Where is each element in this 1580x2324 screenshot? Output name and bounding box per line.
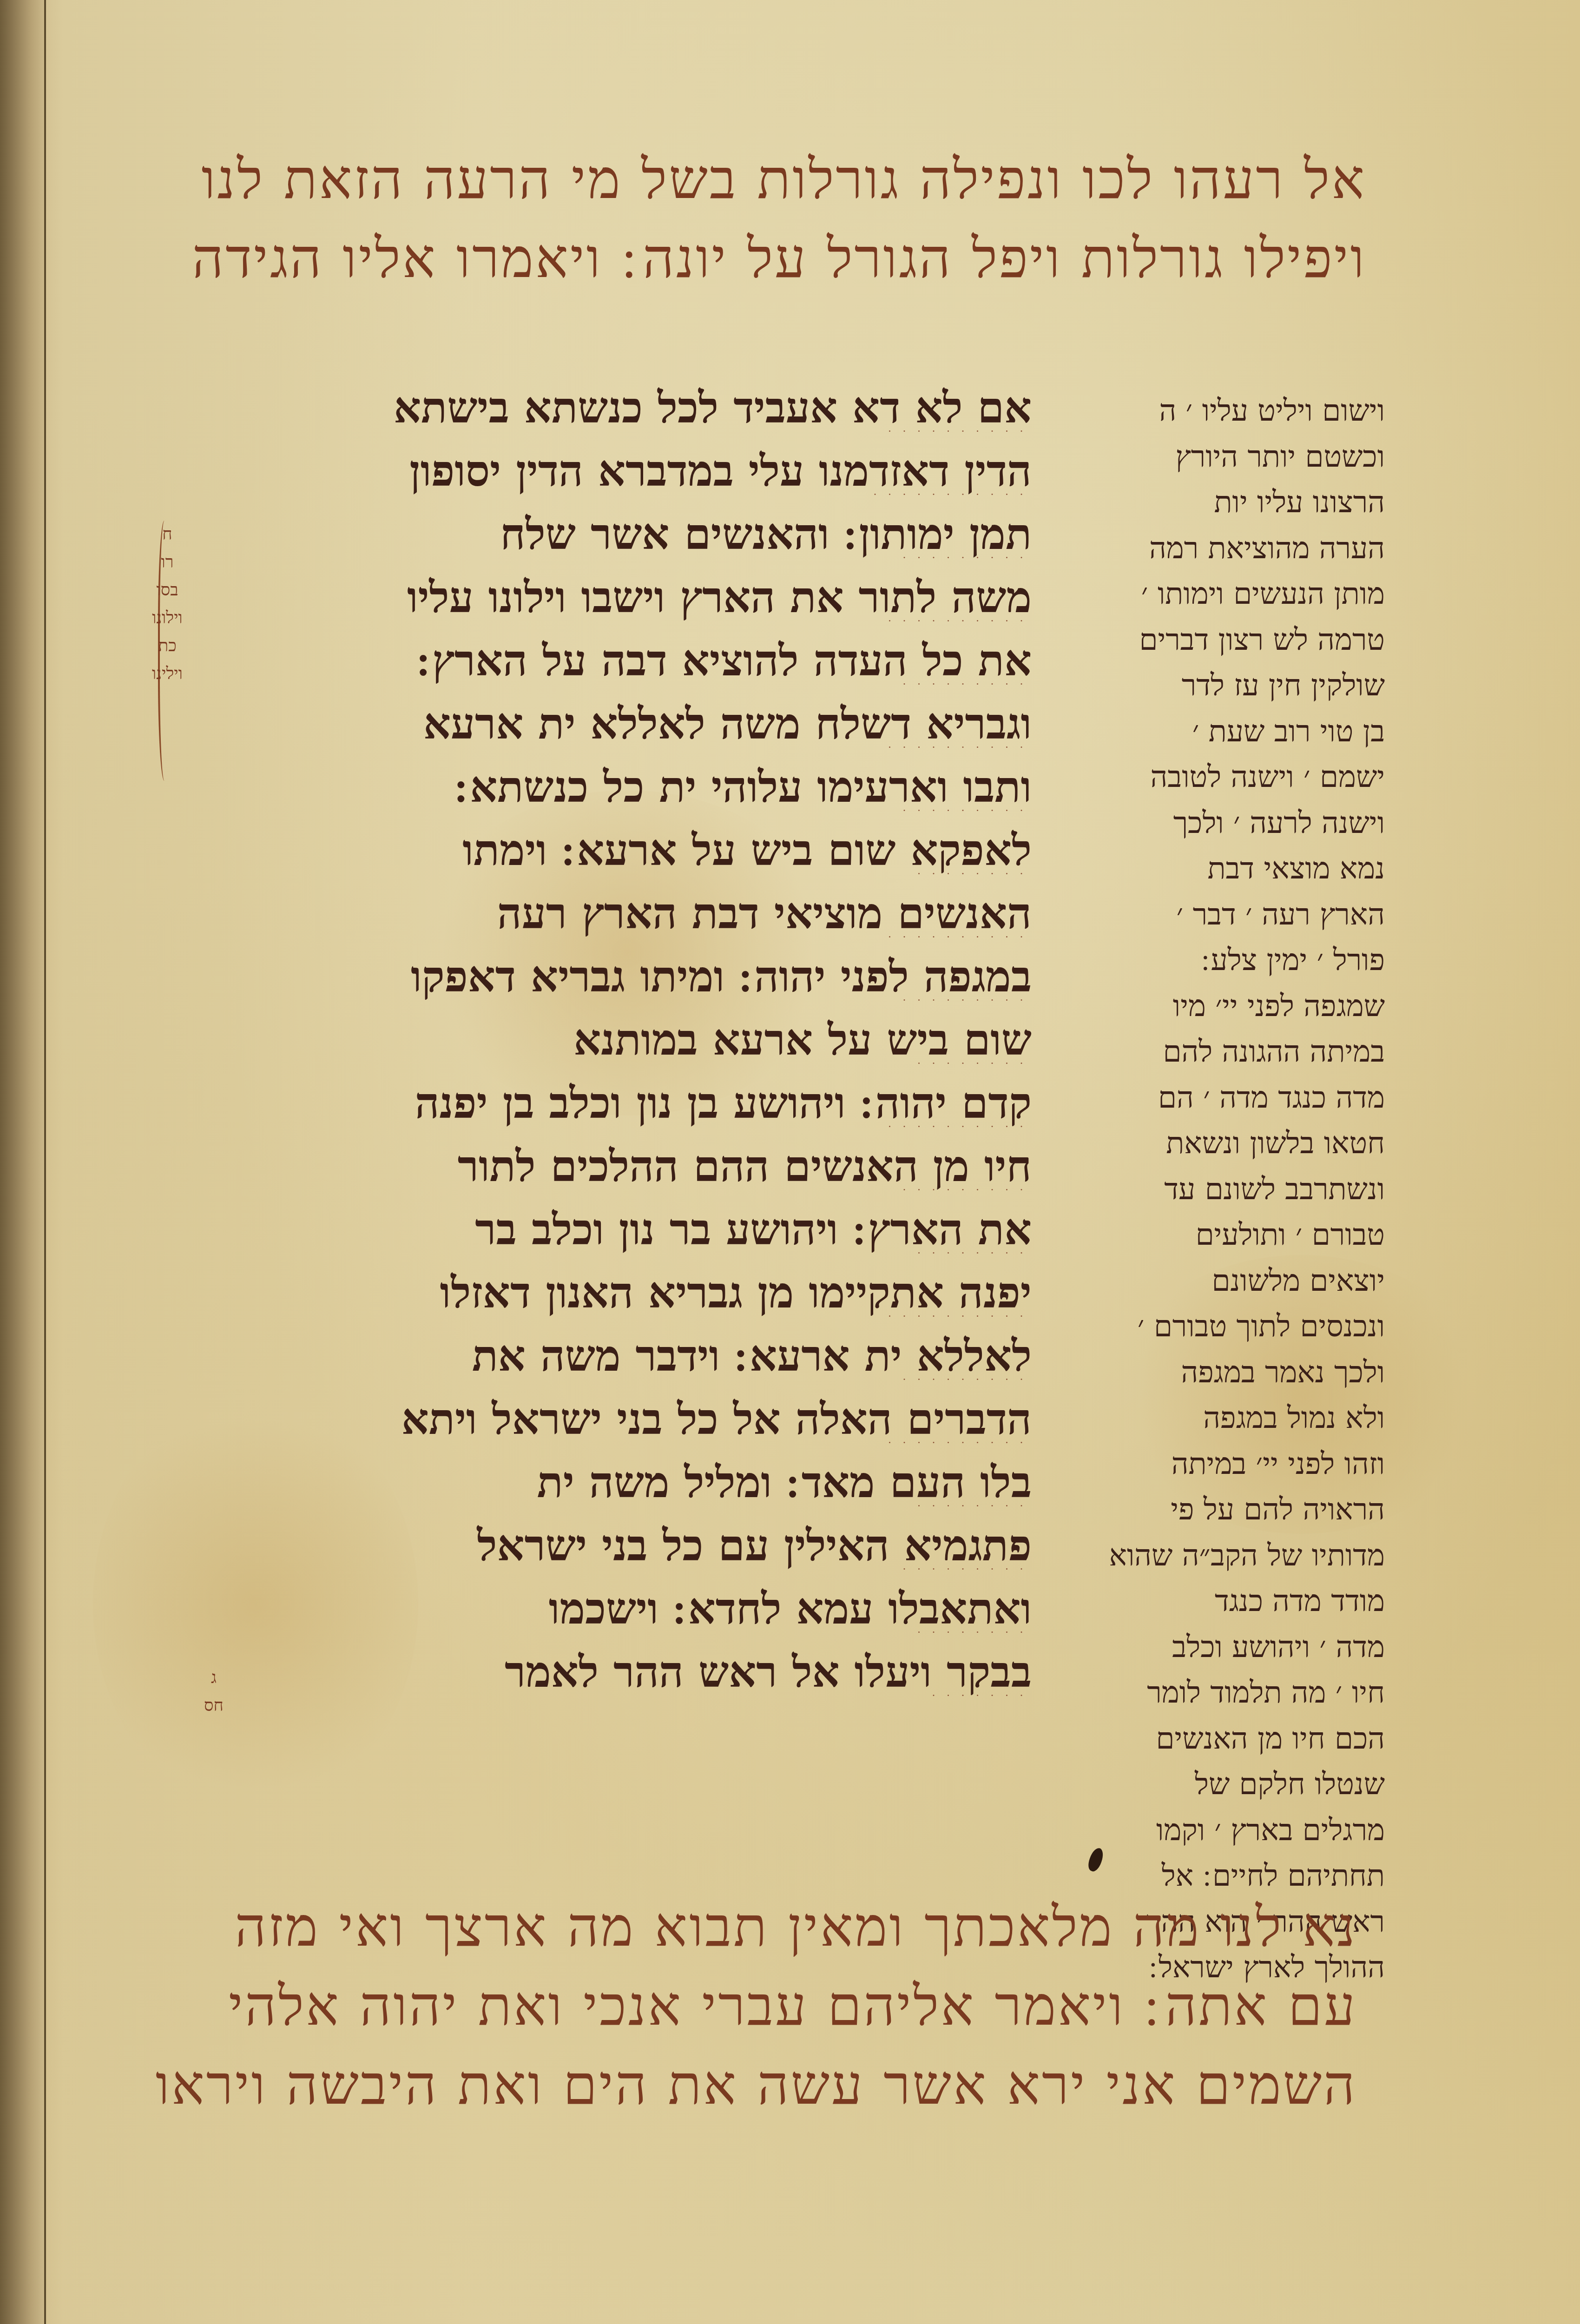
text-line: פתגמיא האילין עם כל בני ישראל [242, 1524, 1032, 1567]
text-line: שום ביש על ארעא במותנא [242, 1018, 1032, 1062]
text-line: בלו העם מאד ׃ ומליל משה ית [242, 1460, 1032, 1504]
vocalization-marks: ׄ ׄ ׄ ׄ ׄ ׄ ׄ ׄ [242, 1062, 1032, 1081]
commentary-line: חיו ׳ מה תלמוד לומר [1083, 1670, 1385, 1716]
main-text-column: אם לא דא אעביד לכל כנשתא בישתא ׄ ׄ ׄ ׄ ׄ… [242, 386, 1032, 1713]
text-line: לאפקא שום ביש על ארעא ׃ וימתו [242, 828, 1032, 872]
haftarah-line: ויפילו גורלות ויפל הגורל על יונה ׃ ויאמר… [260, 218, 1366, 297]
vocalization-marks: ׄ ׄ ׄ ׄ ׄ ׄ ׄ ׄ ׄ ׄ [242, 429, 1032, 449]
commentary-line: שולקין חין עז לדר [1083, 663, 1385, 709]
commentary-line: הארץ רעה ׳ דבר ׳ [1083, 892, 1385, 938]
vocalization-marks: ׄ ׄ ׄ ׄ ׄ ׄ ׄ ׄ ׄ [242, 998, 1032, 1018]
commentary-line: הערה מהוציאת רמה [1083, 526, 1385, 572]
commentary-line: ולכך נאמר במגפה [1083, 1350, 1385, 1396]
haftarah-bottom-block: נא לנו מה מלאכתך ומאין תבוא מה ארצך ואי … [204, 1887, 1357, 2124]
commentary-line: בן טוי רוב שעת ׳ [1083, 709, 1385, 755]
commentary-line: ולא נמול במגפה [1083, 1395, 1385, 1441]
margin-note: וילונו [116, 604, 218, 632]
haftarah-top-block: אל רעהו לכו ונפילה גורלות בשל מי הרעה הז… [260, 139, 1366, 297]
text-line: האנשים מוציאי דבת הארץ רעה [242, 891, 1032, 935]
text-line: לאללא ית ארעא ׃ וידבר משה את [242, 1334, 1032, 1378]
commentary-line: נמא מוצאי דבת [1083, 846, 1385, 892]
haftarah-line: אל רעהו לכו ונפילה גורלות בשל מי הרעה הז… [260, 139, 1366, 218]
margin-note: כת [116, 632, 218, 660]
vocalization-marks: ׄ ׄ ׄ ׄ ׄ ׄ ׄ ׄ ׄ ׄ [242, 746, 1032, 765]
text-line: קדם יהוה ׃ ויהושע בן נון וכלב בן יפנה [242, 1081, 1032, 1125]
commentary-line: ישמם ׳ וישנה לטובה [1083, 754, 1385, 800]
commentary-line: מדותיו של הקב״ה שהוא [1083, 1533, 1385, 1579]
vocalization-marks: ׄ ׄ ׄ ׄ ׄ ׄ ׄ ׄ ׄ [242, 556, 1032, 575]
commentary-line: וישנה לרעה ׳ ולכך [1083, 800, 1385, 846]
vocalization-marks: ׄ ׄ ׄ ׄ ׄ ׄ ׄ ׄ ׄ ׄ [242, 1441, 1032, 1460]
vocalization-marks: ׄ ׄ ׄ ׄ ׄ ׄ ׄ ׄ [242, 1631, 1032, 1650]
vocalization-marks: ׄ ׄ ׄ ׄ ׄ ׄ ׄ ׄ [242, 1251, 1032, 1271]
text-line: את כל העדה להוציא דבה על הארץ ׃ [242, 639, 1032, 682]
vocalization-marks: ׄ ׄ ׄ ׄ ׄ ׄ ׄ ׄ ׄ ׄ ׄ [242, 493, 1032, 512]
commentary-line: חטאו בלשון ונשאת [1083, 1121, 1385, 1167]
commentary-line: הראויה להם על פי [1083, 1487, 1385, 1533]
masora-margin-notes-lower: ג חס [186, 1664, 242, 1720]
margin-note: בסו [116, 576, 218, 604]
margin-note: ח [116, 521, 218, 548]
vocalization-marks: ׄ ׄ ׄ ׄ ׄ ׄ ׄ ׄ ׄ [242, 809, 1032, 828]
text-line: הדברים האלה אל כל בני ישראל ויתא [242, 1397, 1032, 1441]
vocalization-marks: ׄ ׄ ׄ ׄ ׄ ׄ ׄ ׄ ׄ ׄ [242, 1125, 1032, 1144]
commentary-line: ונשתרבב לשונם עד [1083, 1167, 1385, 1213]
commentary-line: הרצונו עליו יות [1083, 480, 1385, 526]
text-line: ותבו וארעימו עלוהי ית כל כנשתא ׃ [242, 765, 1032, 809]
masora-margin-notes: ח רו בסו וילונו כת וילינו [116, 521, 218, 688]
commentary-column: וישום ויליט עליו ׳ ה וכשטם יותר היורץ הר… [1083, 388, 1385, 1991]
haftarah-line: עם אתה ׃ ויאמר אליהם עברי אנכי ואת יהוה … [204, 1966, 1357, 2045]
haftarah-line: נא לנו מה מלאכתך ומאין תבוא מה ארצך ואי … [204, 1887, 1357, 1966]
commentary-line: וישום ויליט עליו ׳ ה [1083, 388, 1385, 434]
text-line: את הארץ ׃ ויהושע בר נון וכלב בר [242, 1208, 1032, 1251]
margin-note: חס [186, 1692, 242, 1720]
commentary-line: שנטלו חלקם של [1083, 1762, 1385, 1808]
text-line: בבקר ויעלו אל ראש ההר לאמר [242, 1650, 1032, 1694]
vocalization-marks: ׄ ׄ ׄ ׄ ׄ ׄ ׄ ׄ ׄ [242, 1567, 1032, 1587]
vocalization-marks: ׄ ׄ ׄ ׄ ׄ ׄ ׄ ׄ ׄ [242, 1378, 1032, 1397]
commentary-line: מדה ׳ ויהושע וכלב [1083, 1624, 1385, 1670]
commentary-line: וכשטם יותר היורץ [1083, 434, 1385, 480]
commentary-line: פורל ׳ ימין צלע ׃ [1083, 938, 1385, 984]
margin-note: רו [116, 548, 218, 576]
margin-note: ג [186, 1664, 242, 1692]
vocalization-marks: ׄ ׄ ׄ ׄ ׄ ׄ ׄ ׄ ׄ [242, 682, 1032, 702]
vocalization-marks: ׄ ׄ ׄ ׄ ׄ ׄ ׄ ׄ ׄ ׄ [242, 935, 1032, 955]
commentary-line: מותן הנעשים וימותו ׳ [1083, 571, 1385, 617]
commentary-line: מודד מדה כנגד [1083, 1578, 1385, 1624]
text-line: ואתאבלו עמא לחדא ׃ וישכמו [242, 1587, 1032, 1631]
commentary-line: הכם חיו מן האנשים [1083, 1716, 1385, 1762]
text-line: אם לא דא אעביד לכל כנשתא בישתא [242, 386, 1032, 429]
commentary-line: מרגלים בארץ ׳ וקמו [1083, 1808, 1385, 1854]
commentary-line: טבורם ׳ ותולעים [1083, 1212, 1385, 1258]
text-line: תמן ימותון ׃ והאנשים אשר שלח [242, 512, 1032, 556]
margin-note: וילינו [116, 660, 218, 688]
commentary-line: ונכנסים לתוך טבורם ׳ [1083, 1304, 1385, 1350]
vocalization-marks: ׄ ׄ ׄ ׄ ׄ ׄ ׄ ׄ [242, 872, 1032, 891]
text-line: יפנה אתקיימו מן גבריא האנון דאזלו [242, 1271, 1032, 1314]
binding-gutter [0, 0, 46, 2324]
vocalization-marks: ׄ ׄ ׄ ׄ ׄ ׄ ׄ ׄ ׄ [242, 1188, 1032, 1208]
commentary-line: וזהו לפני יי׳ במיתה [1083, 1441, 1385, 1487]
text-line: הדין דאזדמנו עלי במדברא הדין יסופון [242, 449, 1032, 493]
commentary-line: במיתה ההגונה להם [1083, 1029, 1385, 1075]
vocalization-marks: ׄ ׄ ׄ ׄ ׄ ׄ ׄ [242, 1694, 1032, 1713]
text-line: וגבריא דשלח משה לאללא ית ארעא [242, 702, 1032, 746]
text-line: במגפה לפני יהוה ׃ ומיתו גבריא דאפקו [242, 955, 1032, 998]
commentary-line: יוצאים מלשונם [1083, 1258, 1385, 1304]
haftarah-line: השמים אני ירא אשר עשה את הים ואת היבשה ו… [204, 2045, 1357, 2124]
commentary-line: טרמה לש רצון דברים [1083, 617, 1385, 663]
text-line: משה לתור את הארץ וישבו וילונו עליו [242, 575, 1032, 619]
commentary-line: מדה כנגד מדה ׳ הם [1083, 1075, 1385, 1121]
vocalization-marks: ׄ ׄ ׄ ׄ ׄ ׄ ׄ ׄ [242, 1504, 1032, 1524]
commentary-line: שמגפה לפני יי׳ מיו [1083, 984, 1385, 1030]
vocalization-marks: ׄ ׄ ׄ ׄ ׄ ׄ ׄ ׄ ׄ ׄ [242, 1314, 1032, 1334]
vocalization-marks: ׄ ׄ ׄ ׄ ׄ ׄ ׄ ׄ ׄ ׄ [242, 619, 1032, 639]
text-line: חיו מן האנשים ההם ההלכים לתור [242, 1144, 1032, 1188]
